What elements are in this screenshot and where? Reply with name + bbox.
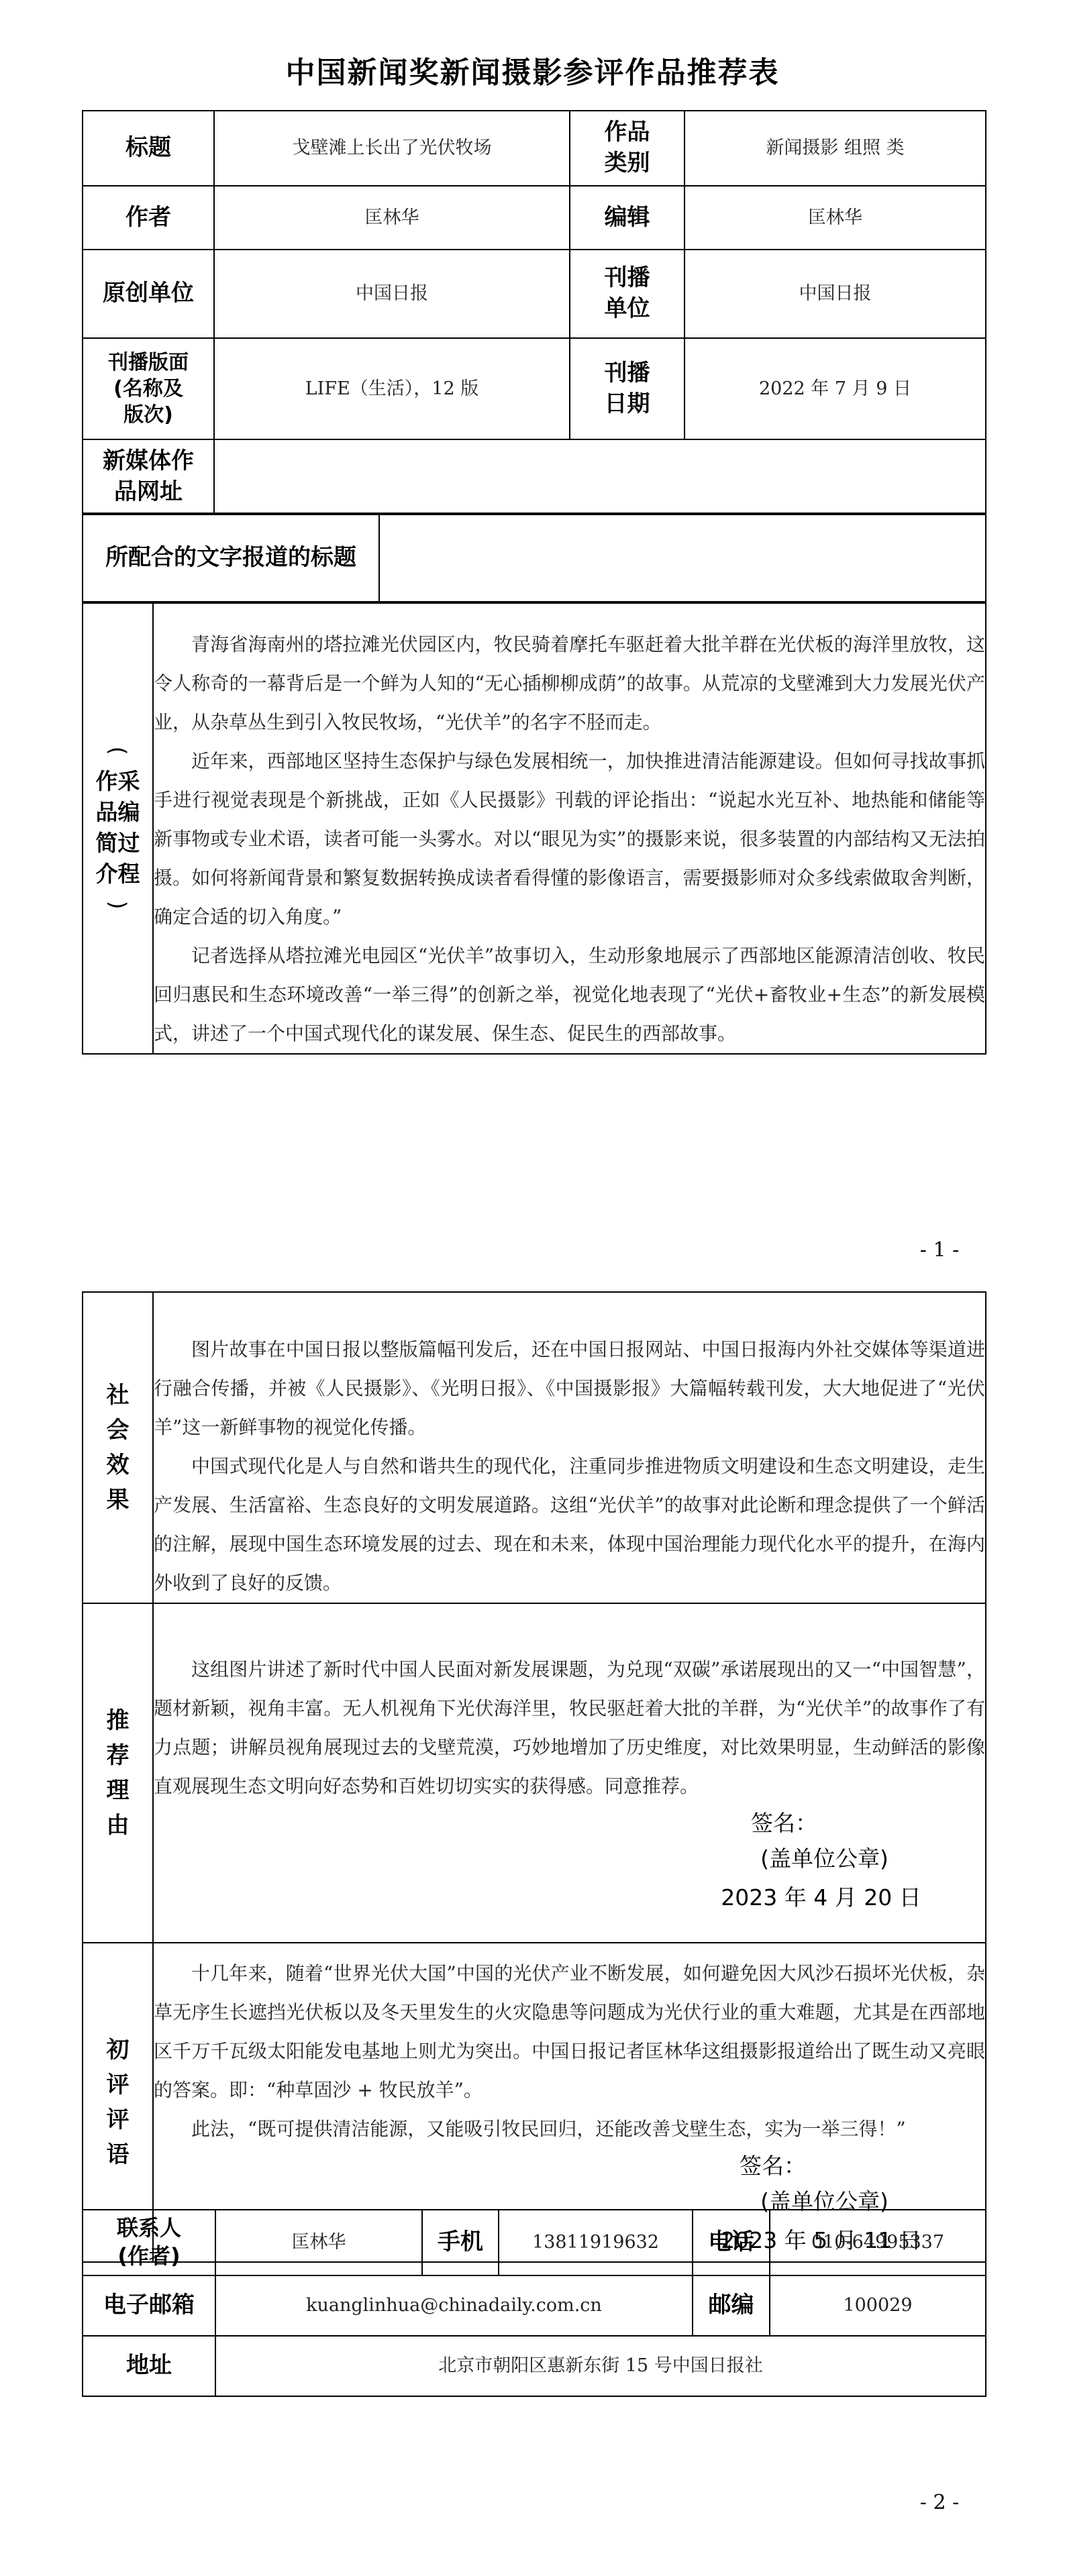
label-author: 作者	[83, 186, 214, 250]
initial-review-paragraph: 十几年来，随着“世界光伏大国”中国的光伏产业不断发展，如何避免因大风沙石损坏光伏…	[154, 1954, 985, 2110]
label-origin-unit: 原创单位	[83, 250, 214, 338]
recommendation-text: 这组图片讲述了新时代中国人民面对新发展课题，为兑现“双碳”承诺展现出的又一“中国…	[153, 1603, 986, 1943]
page-number-2: - 2 -	[899, 2491, 980, 2514]
label-category: 作品类别	[570, 111, 684, 186]
row-related-report: 所配合的文字报道的标题	[83, 513, 986, 603]
initial-review-paragraph: 此法，“既可提供清洁能源，又能吸引牧民回归，还能改善戈壁生态，实为一举三得！”	[154, 2110, 985, 2149]
row-address: 地址 北京市朝阳区惠新东街 15 号中国日报社	[83, 2336, 986, 2396]
value-related-report-title	[379, 513, 986, 603]
recommendation-stamp-label: (盖单位公章)	[154, 1841, 985, 1877]
value-author: 匡林华	[214, 186, 570, 250]
row-new-media: 新媒体作品网址	[83, 439, 986, 515]
recommendation-date: 2023 年 4 月 20 日	[154, 1880, 985, 1916]
value-email: kuanglinhua@chinadaily.com.cn	[215, 2275, 693, 2336]
label-editor: 编辑	[570, 186, 684, 250]
row-social-effect: 社会效果 图片故事在中国日报以整版篇幅刊发后，还在中国日报网站、中国日报海内外社…	[83, 1292, 986, 1603]
label-publish-page: 刊播版面(名称及版次)	[83, 338, 214, 439]
value-mobile: 13811919632	[499, 2210, 693, 2275]
label-publish-unit: 刊播单位	[570, 250, 684, 338]
row-title-category: 标题 戈壁滩上长出了光伏牧场 作品类别 新闻摄影 组照 类	[83, 111, 986, 186]
value-publish-unit: 中国日报	[684, 250, 986, 338]
label-intro: ( 作采 品编 简过 介程 )	[83, 602, 153, 1054]
document-title: 中国新闻奖新闻摄影参评作品推荐表	[0, 48, 1065, 91]
intro-text: 青海省海南州的塔拉滩光伏园区内，牧民骑着摩托车驱赶着大批羊群在光伏板的海洋里放牧…	[153, 602, 986, 1054]
value-publish-date: 2022 年 7 月 9 日	[684, 338, 986, 439]
value-editor: 匡林华	[684, 186, 986, 250]
recommendation-signature-label: 签名：	[154, 1806, 985, 1841]
intro-table: ( 作采 品编 简过 介程 ) 青海省海南州的塔拉滩光伏园区内，牧民骑着摩托车驱…	[82, 601, 986, 1055]
row-intro: ( 作采 品编 简过 介程 ) 青海省海南州的塔拉滩光伏园区内，牧民骑着摩托车驱…	[83, 602, 986, 1054]
label-related-report-title: 所配合的文字报道的标题	[83, 513, 379, 603]
row-email: 电子邮箱 kuanglinhua@chinadaily.com.cn 邮编 10…	[83, 2275, 986, 2336]
intro-paragraph: 近年来，西部地区坚持生态保护与绿色发展相统一，加快推进清洁能源建设。但如何寻找故…	[154, 742, 985, 936]
evaluation-table: 社会效果 图片故事在中国日报以整版篇幅刊发后，还在中国日报网站、中国日报海内外社…	[82, 1291, 986, 2263]
intro-paragraph: 记者选择从塔拉滩光电园区“光伏羊”故事切入，生动形象地展示了西部地区能源清洁创收…	[154, 936, 985, 1053]
value-new-media-url	[214, 439, 986, 515]
label-new-media-url: 新媒体作品网址	[83, 439, 214, 515]
label-recommendation: 推荐理由	[83, 1603, 153, 1943]
row-units: 原创单位 中国日报 刊播单位 中国日报	[83, 250, 986, 338]
related-report-table: 所配合的文字报道的标题	[82, 513, 986, 604]
row-recommendation: 推荐理由 这组图片讲述了新时代中国人民面对新发展课题，为兑现“双碳”承诺展现出的…	[83, 1603, 986, 1943]
page-number-1: - 1 -	[899, 1238, 980, 1262]
value-origin-unit: 中国日报	[214, 250, 570, 338]
intro-label-open-paren: (	[103, 716, 134, 786]
label-social-effect: 社会效果	[83, 1292, 153, 1603]
social-effect-paragraph: 中国式现代化是人与自然和谐共生的现代化，注重同步推进物质文明建设和生态文明建设，…	[154, 1447, 985, 1603]
label-phone: 电话	[693, 2210, 770, 2275]
recommendation-signature-block: 签名： (盖单位公章) 2023 年 4 月 20 日	[154, 1806, 985, 1916]
value-phone: 010-64995337	[770, 2210, 986, 2275]
row-publish: 刊播版面(名称及版次) LIFE（生活），12 版 刊播日期 2022 年 7 …	[83, 338, 986, 439]
value-title: 戈壁滩上长出了光伏牧场	[214, 111, 570, 186]
contact-table: 联系人(作者) 匡林华 手机 13811919632 电话 010-649953…	[82, 2209, 986, 2397]
label-publish-date: 刊播日期	[570, 338, 684, 439]
intro-label-line2: 品编	[83, 797, 152, 828]
value-address: 北京市朝阳区惠新东街 15 号中国日报社	[215, 2336, 986, 2396]
row-contact: 联系人(作者) 匡林华 手机 13811919632 电话 010-649953…	[83, 2210, 986, 2275]
social-effect-text: 图片故事在中国日报以整版篇幅刊发后，还在中国日报网站、中国日报海内外社交媒体等渠…	[153, 1292, 986, 1603]
intro-label-close-paren: )	[103, 871, 134, 940]
basic-info-table: 标题 戈壁滩上长出了光伏牧场 作品类别 新闻摄影 组照 类 作者 匡林华 编辑 …	[82, 110, 986, 515]
label-title: 标题	[83, 111, 214, 186]
label-postcode: 邮编	[693, 2275, 770, 2336]
value-postcode: 100029	[770, 2275, 986, 2336]
intro-label-line3: 简过	[83, 828, 152, 859]
value-category: 新闻摄影 组照 类	[684, 111, 986, 186]
label-contact: 联系人(作者)	[83, 2210, 215, 2275]
label-address: 地址	[83, 2336, 215, 2396]
intro-paragraph: 青海省海南州的塔拉滩光伏园区内，牧民骑着摩托车驱赶着大批羊群在光伏板的海洋里放牧…	[154, 625, 985, 742]
value-publish-page: LIFE（生活），12 版	[214, 338, 570, 439]
label-mobile: 手机	[422, 2210, 499, 2275]
label-email: 电子邮箱	[83, 2275, 215, 2336]
value-contact: 匡林华	[215, 2210, 422, 2275]
row-author-editor: 作者 匡林华 编辑 匡林华	[83, 186, 986, 250]
initial-review-signature-label: 签名：	[154, 2149, 985, 2184]
recommendation-paragraph: 这组图片讲述了新时代中国人民面对新发展课题，为兑现“双碳”承诺展现出的又一“中国…	[154, 1650, 985, 1806]
social-effect-paragraph: 图片故事在中国日报以整版篇幅刊发后，还在中国日报网站、中国日报海内外社交媒体等渠…	[154, 1330, 985, 1447]
